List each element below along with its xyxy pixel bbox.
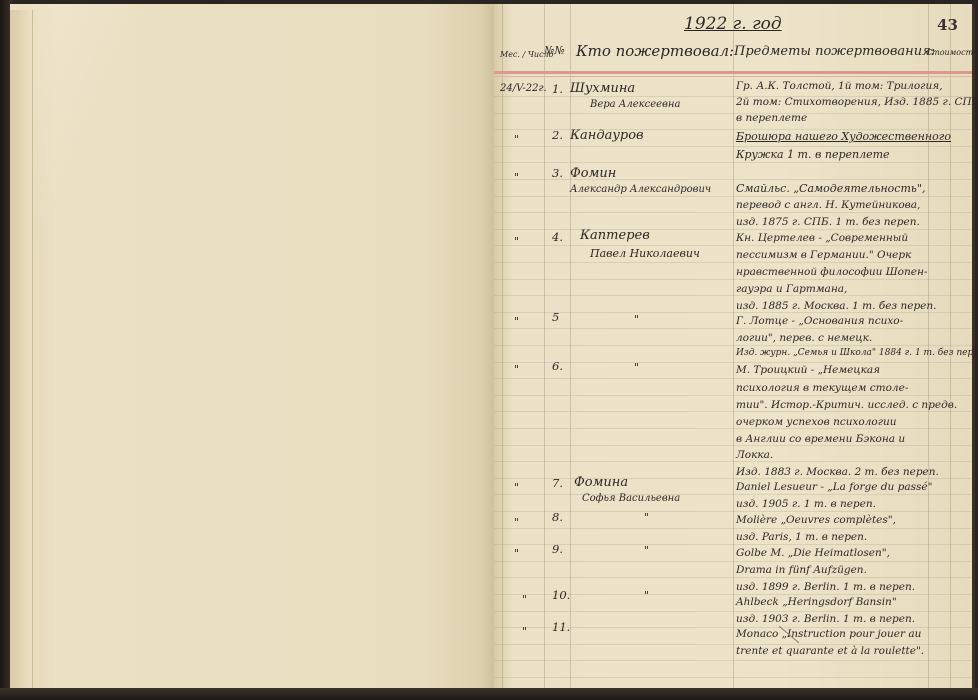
ruling-line bbox=[494, 196, 972, 197]
item-line: изд. 1875 г. СПБ. 1 т. без переп. bbox=[736, 216, 920, 228]
ruling-line bbox=[494, 345, 972, 346]
item-line: очерком успехов психологии bbox=[736, 416, 897, 428]
item-line: логии", перев. с немецк. bbox=[736, 332, 872, 344]
ruling-line bbox=[494, 544, 972, 545]
ruling-line bbox=[494, 577, 972, 578]
entry-donor-ditto: " bbox=[644, 590, 649, 601]
item-line: Monaco „Instruction pour jouer au bbox=[736, 628, 921, 640]
item-line: изд. 1905 г. 1 т. в переп. bbox=[736, 498, 876, 510]
entry-donor-ditto: " bbox=[634, 314, 639, 325]
item-line: Изд. 1883 г. Москва. 2 т. без переп. bbox=[736, 466, 939, 478]
date-column-rule bbox=[544, 4, 545, 692]
entry-number: 10. bbox=[552, 590, 570, 602]
entry-donor-surname: Фомина bbox=[574, 476, 628, 489]
item-line: Drama in fünf Aufzügen. bbox=[736, 564, 867, 576]
ruling-line bbox=[494, 461, 972, 462]
entry-number: 1. bbox=[552, 84, 563, 96]
item-line: 2й том: Стихотворения, Изд. 1885 г. СПБ. bbox=[736, 96, 978, 108]
item-line: Локка. bbox=[736, 449, 773, 461]
column-header-value: Стоимость bbox=[926, 48, 978, 57]
ruling-line bbox=[494, 229, 972, 230]
item-line: Изд. журн. „Семья и Школа" 1884 г. 1 т. … bbox=[736, 348, 976, 358]
open-ledger-book: 1922 г. год 43 Мес. / Число №№ Кто пожер… bbox=[0, 0, 978, 700]
column-header-number: №№ bbox=[544, 44, 565, 57]
item-line: перевод с англ. Н. Кутейникова, bbox=[736, 199, 920, 211]
item-line: Кн. Цертелев - „Современный bbox=[736, 232, 908, 244]
item-line: изд. Paris, 1 т. в переп. bbox=[736, 531, 867, 543]
item-line: Molière „Oeuvres complètes", bbox=[736, 514, 896, 526]
ruling-line bbox=[494, 494, 972, 495]
donor-column-rule bbox=[733, 4, 734, 692]
entry-date-ditto: " bbox=[514, 548, 519, 559]
ruling-line bbox=[494, 411, 972, 412]
entry-number: 7. bbox=[552, 478, 563, 490]
item-line: изд. 1899 г. Berlin. 1 т. в переп. bbox=[736, 581, 915, 593]
ruling-line bbox=[494, 528, 972, 529]
ruling-line bbox=[494, 295, 972, 296]
entry-date-ditto: " bbox=[514, 316, 519, 327]
entry-number: 9. bbox=[552, 544, 563, 556]
entry-number: 4. bbox=[552, 232, 563, 244]
entry-date-ditto: " bbox=[514, 134, 519, 145]
entry-number: 6. bbox=[552, 361, 563, 373]
item-line: Брошюра нашего Художественного bbox=[736, 130, 951, 143]
item-line: тии". Истор.-Критич. исслед. с предв. bbox=[736, 399, 957, 411]
entry-donor-name: Павел Николаевич bbox=[590, 248, 700, 259]
ruling-line bbox=[494, 212, 972, 213]
year-heading: 1922 г. год bbox=[684, 14, 782, 34]
entry-donor-surname: Каптерев bbox=[580, 229, 650, 242]
entry-donor-name: Вера Алексеевна bbox=[590, 100, 680, 110]
entry-number: 3. bbox=[552, 168, 563, 180]
column-header-items: Предметы пожертвования: bbox=[734, 44, 935, 59]
item-line: Г. Лотце - „Основания психо- bbox=[736, 315, 903, 327]
entry-number: 2. bbox=[552, 130, 563, 142]
entry-number: 5 bbox=[552, 312, 559, 324]
ruling-line bbox=[494, 677, 972, 678]
ruling-line bbox=[494, 561, 972, 562]
ruling-line bbox=[494, 611, 972, 612]
ruling-line bbox=[494, 262, 972, 263]
ruling-line bbox=[494, 511, 972, 512]
entry-date-ditto: " bbox=[514, 517, 519, 528]
entry-donor-name: Александр Александрович bbox=[570, 185, 711, 195]
entry-date-ditto: " bbox=[514, 236, 519, 247]
item-line: нравственной философии Шопен- bbox=[736, 266, 927, 278]
ruling-line bbox=[494, 395, 972, 396]
ruling-line bbox=[494, 113, 972, 114]
margin-rule bbox=[502, 4, 503, 692]
entry-donor-surname: Шухмина bbox=[570, 82, 635, 95]
entry-donor-ditto: " bbox=[644, 545, 649, 556]
ruling-line bbox=[494, 362, 972, 363]
item-line: М. Троицкий - „Немецкая bbox=[736, 364, 880, 376]
entry-number: 11. bbox=[552, 622, 570, 634]
item-line: пессимизм в Германии." Очерк bbox=[736, 249, 911, 261]
ruling-line bbox=[494, 328, 972, 329]
entry-donor-surname: Кандауров bbox=[570, 129, 644, 142]
item-line: в Англии со времени Бэкона и bbox=[736, 433, 905, 445]
left-page-folded-edge bbox=[10, 10, 33, 690]
item-line: изд. 1885 г. Москва. 1 т. без переп. bbox=[736, 300, 936, 312]
header-red-rule-thin bbox=[494, 76, 972, 77]
ruling-line bbox=[494, 428, 972, 429]
column-header-donor: Кто пожертвовал: bbox=[576, 42, 734, 60]
item-line: trente et quarante et à la roulette". bbox=[736, 645, 924, 657]
item-line: Ahlbeck „Heringsdorf Bansin" bbox=[736, 596, 897, 608]
item-line: Кружка 1 т. в переплете bbox=[736, 148, 890, 161]
item-line: в переплете bbox=[736, 112, 807, 124]
item-line: Daniel Lesueur - „La forge du passé" bbox=[736, 481, 932, 493]
entry-date-ditto: " bbox=[514, 364, 519, 375]
left-page-blank bbox=[10, 4, 494, 692]
item-line: психология в текущем столе- bbox=[736, 382, 908, 394]
item-line: гауэра и Гартмана, bbox=[736, 283, 847, 295]
ruling-line bbox=[494, 378, 972, 379]
number-column-rule bbox=[570, 4, 571, 692]
entry-number: 8. bbox=[552, 512, 563, 524]
page-number: 43 bbox=[937, 16, 958, 34]
item-line: Golbe M. „Die Heimatlosen", bbox=[736, 547, 890, 559]
book-bottom-edge bbox=[0, 688, 978, 700]
item-line: изд. 1903 г. Berlin. 1 т. в переп. bbox=[736, 613, 915, 625]
entry-date: 24/V-22г. bbox=[500, 84, 547, 94]
right-page-ledger: 1922 г. год 43 Мес. / Число №№ Кто пожер… bbox=[494, 4, 975, 692]
entry-donor-ditto: " bbox=[634, 362, 639, 373]
entry-date-ditto: " bbox=[522, 626, 527, 637]
ruling-line bbox=[494, 245, 972, 246]
ruling-line bbox=[494, 179, 972, 180]
item-line: Смайльс. „Самодеятельность", bbox=[736, 182, 925, 195]
entry-donor-ditto: " bbox=[644, 512, 649, 523]
entry-donor-name: Софья Васильевна bbox=[582, 494, 680, 504]
entry-date-ditto: " bbox=[522, 594, 527, 605]
entry-date-ditto: " bbox=[514, 482, 519, 493]
ruling-line bbox=[494, 146, 972, 147]
ruling-line bbox=[494, 660, 972, 661]
ruling-line bbox=[494, 279, 972, 280]
header-red-rule bbox=[494, 71, 972, 74]
item-line: Гр. А.К. Толстой, 1й том: Трилогия, bbox=[736, 80, 943, 92]
entry-date-ditto: " bbox=[514, 172, 519, 183]
ruling-line bbox=[494, 162, 972, 163]
entry-donor-surname: Фомин bbox=[570, 167, 616, 180]
